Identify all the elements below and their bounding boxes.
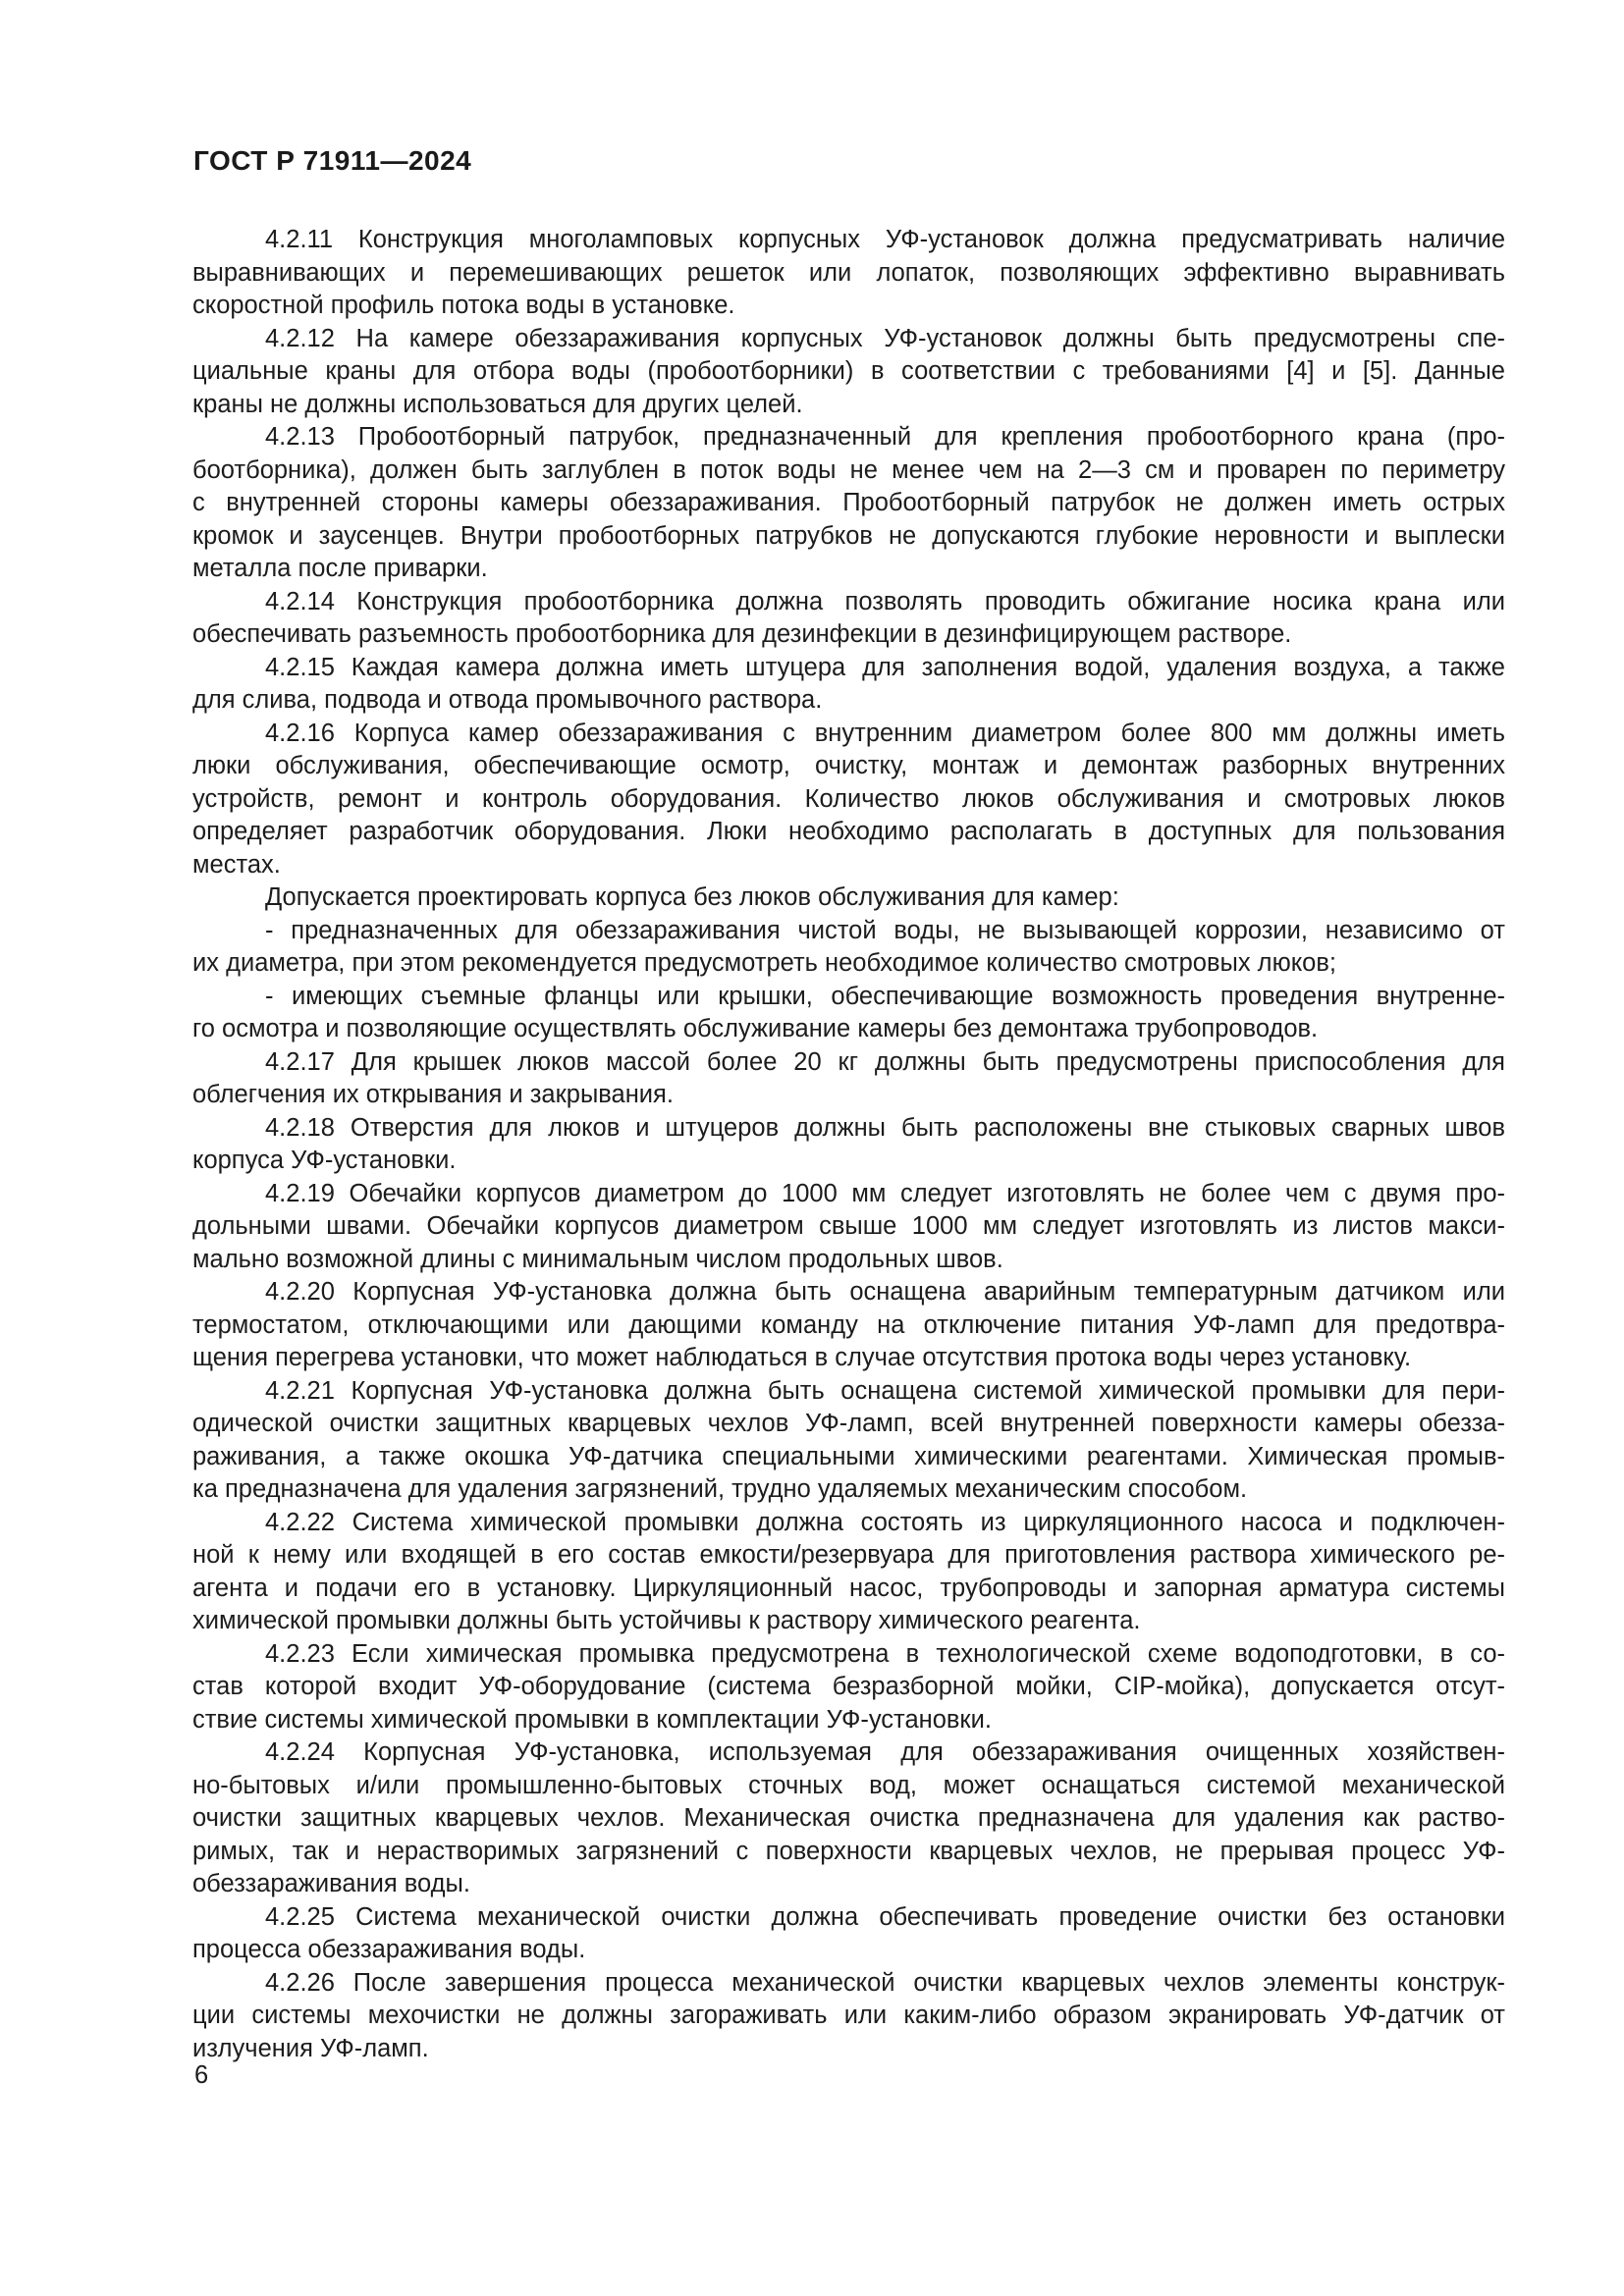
text-line: 4.2.11 Конструкция многоламповых корпусн… <box>192 224 1505 257</box>
paragraph: 4.2.13 Пробоотборный патрубок, предназна… <box>192 421 1505 586</box>
text-line: 4.2.26 После завершения процесса механич… <box>192 1967 1505 2001</box>
paragraph: 4.2.23 Если химическая промывка предусмо… <box>192 1638 1505 1737</box>
text-line: очистки защитных кварцевых чехлов. Механ… <box>192 1802 1505 1836</box>
paragraph: 4.2.16 Корпуса камер обеззараживания с в… <box>192 718 1505 882</box>
paragraph: 4.2.19 Обечайки корпусов диаметром до 10… <box>192 1178 1505 1277</box>
paragraph: - имеющих съемные фланцы или крышки, обе… <box>192 981 1505 1046</box>
paragraph: Допускается проектировать корпуса без лю… <box>192 881 1505 915</box>
text-line: - предназначенных для обеззараживания чи… <box>192 915 1505 948</box>
text-line: 4.2.18 Отверстия для люков и штуцеров до… <box>192 1112 1505 1146</box>
text-line: процесса обеззараживания воды. <box>192 1934 1505 1967</box>
text-line: скоростной профиль потока воды в установ… <box>192 290 1505 323</box>
text-line: их диаметра, при этом рекомендуется пред… <box>192 947 1505 981</box>
paragraph: 4.2.26 После завершения процесса механич… <box>192 1967 1505 2066</box>
text-line: устройств, ремонт и контроль оборудовани… <box>192 783 1505 817</box>
text-line: мально возможной длины с минимальным чис… <box>192 1244 1505 1277</box>
text-line: одической очистки защитных кварцевых чех… <box>192 1408 1505 1441</box>
paragraph: 4.2.14 Конструкция пробоотборника должна… <box>192 586 1505 652</box>
text-line: для слива, подвода и отвода промывочного… <box>192 684 1505 718</box>
text-line: 4.2.20 Корпусная УФ-установка должна быт… <box>192 1276 1505 1309</box>
text-line: обеспечивать разъемность пробоотборника … <box>192 618 1505 652</box>
paragraph: 4.2.24 Корпусная УФ-установка, используе… <box>192 1736 1505 1901</box>
text-line: 4.2.21 Корпусная УФ-установка должна быт… <box>192 1375 1505 1409</box>
text-line: с внутренней стороны камеры обеззаражива… <box>192 487 1505 520</box>
text-line: ной к нему или входящей в его состав емк… <box>192 1539 1505 1573</box>
text-line: выравнивающих и перемешивающих решеток и… <box>192 257 1505 291</box>
text-line: 4.2.17 Для крышек люков массой более 20 … <box>192 1046 1505 1080</box>
paragraph: 4.2.12 На камере обеззараживания корпусн… <box>192 323 1505 422</box>
text-line: обеззараживания воды. <box>192 1868 1505 1901</box>
document-page: ГОСТ Р 71911—2024 4.2.11 Конструкция мно… <box>0 0 1624 2296</box>
text-line: 4.2.22 Система химической промывки должн… <box>192 1507 1505 1540</box>
text-line: щения перегрева установки, что может наб… <box>192 1342 1505 1375</box>
text-line: го осмотра и позволяющие осуществлять об… <box>192 1013 1505 1046</box>
paragraph: 4.2.20 Корпусная УФ-установка должна быт… <box>192 1276 1505 1375</box>
text-line: боотборника), должен быть заглублен в по… <box>192 454 1505 488</box>
text-line: дольными швами. Обечайки корпусов диамет… <box>192 1210 1505 1244</box>
text-line: римых, так и нерастворимых загрязнений с… <box>192 1836 1505 1869</box>
paragraph: 4.2.18 Отверстия для люков и штуцеров до… <box>192 1112 1505 1178</box>
paragraph: 4.2.11 Конструкция многоламповых корпусн… <box>192 224 1505 323</box>
text-line: Допускается проектировать корпуса без лю… <box>192 881 1505 915</box>
text-line: - имеющих съемные фланцы или крышки, обе… <box>192 981 1505 1014</box>
text-line: ции системы мехочистки не должны загораж… <box>192 2000 1505 2033</box>
paragraph: 4.2.15 Каждая камера должна иметь штуцер… <box>192 652 1505 718</box>
text-line: определяет разработчик оборудования. Люк… <box>192 816 1505 849</box>
text-line: 4.2.19 Обечайки корпусов диаметром до 10… <box>192 1178 1505 1211</box>
text-line: краны не должны использоваться для други… <box>192 389 1505 422</box>
paragraph: 4.2.17 Для крышек люков массой более 20 … <box>192 1046 1505 1112</box>
text-line: 4.2.14 Конструкция пробоотборника должна… <box>192 586 1505 619</box>
text-line: но-бытовых и/или промышленно-бытовых сто… <box>192 1770 1505 1803</box>
doc-number-header: ГОСТ Р 71911—2024 <box>193 145 471 177</box>
paragraph: 4.2.25 Система механической очистки долж… <box>192 1901 1505 1967</box>
text-line: став которой входит УФ-оборудование (сис… <box>192 1671 1505 1704</box>
text-line: ствие системы химической промывки в комп… <box>192 1704 1505 1737</box>
text-line: 4.2.16 Корпуса камер обеззараживания с в… <box>192 718 1505 751</box>
text-line: люки обслуживания, обеспечивающие осмотр… <box>192 750 1505 783</box>
document-body: 4.2.11 Конструкция многоламповых корпусн… <box>192 224 1505 2065</box>
text-line: раживания, а также окошка УФ-датчика спе… <box>192 1441 1505 1474</box>
text-line: циальные краны для отбора воды (пробоотб… <box>192 355 1505 389</box>
text-line: 4.2.15 Каждая камера должна иметь штуцер… <box>192 652 1505 685</box>
text-line: металла после приварки. <box>192 553 1505 586</box>
text-line: 4.2.23 Если химическая промывка предусмо… <box>192 1638 1505 1672</box>
text-line: излучения УФ-ламп. <box>192 2033 1505 2066</box>
page-number: 6 <box>194 2059 208 2093</box>
text-line: термостатом, отключающими или дающими ко… <box>192 1309 1505 1343</box>
paragraph: 4.2.22 Система химической промывки должн… <box>192 1507 1505 1638</box>
text-line: 4.2.12 На камере обеззараживания корпусн… <box>192 323 1505 356</box>
paragraph: - предназначенных для обеззараживания чи… <box>192 915 1505 981</box>
text-line: облегчения их открывания и закрывания. <box>192 1079 1505 1112</box>
text-line: местах. <box>192 849 1505 882</box>
paragraph: 4.2.21 Корпусная УФ-установка должна быт… <box>192 1375 1505 1507</box>
text-line: кромок и заусенцев. Внутри пробоотборных… <box>192 520 1505 554</box>
text-line: 4.2.13 Пробоотборный патрубок, предназна… <box>192 421 1505 454</box>
text-line: химической промывки должны быть устойчив… <box>192 1605 1505 1638</box>
text-line: 4.2.24 Корпусная УФ-установка, используе… <box>192 1736 1505 1770</box>
text-line: ка предназначена для удаления загрязнени… <box>192 1473 1505 1507</box>
text-line: агента и подачи его в установку. Циркуля… <box>192 1573 1505 1606</box>
text-line: корпуса УФ-установки. <box>192 1145 1505 1178</box>
text-line: 4.2.25 Система механической очистки долж… <box>192 1901 1505 1935</box>
